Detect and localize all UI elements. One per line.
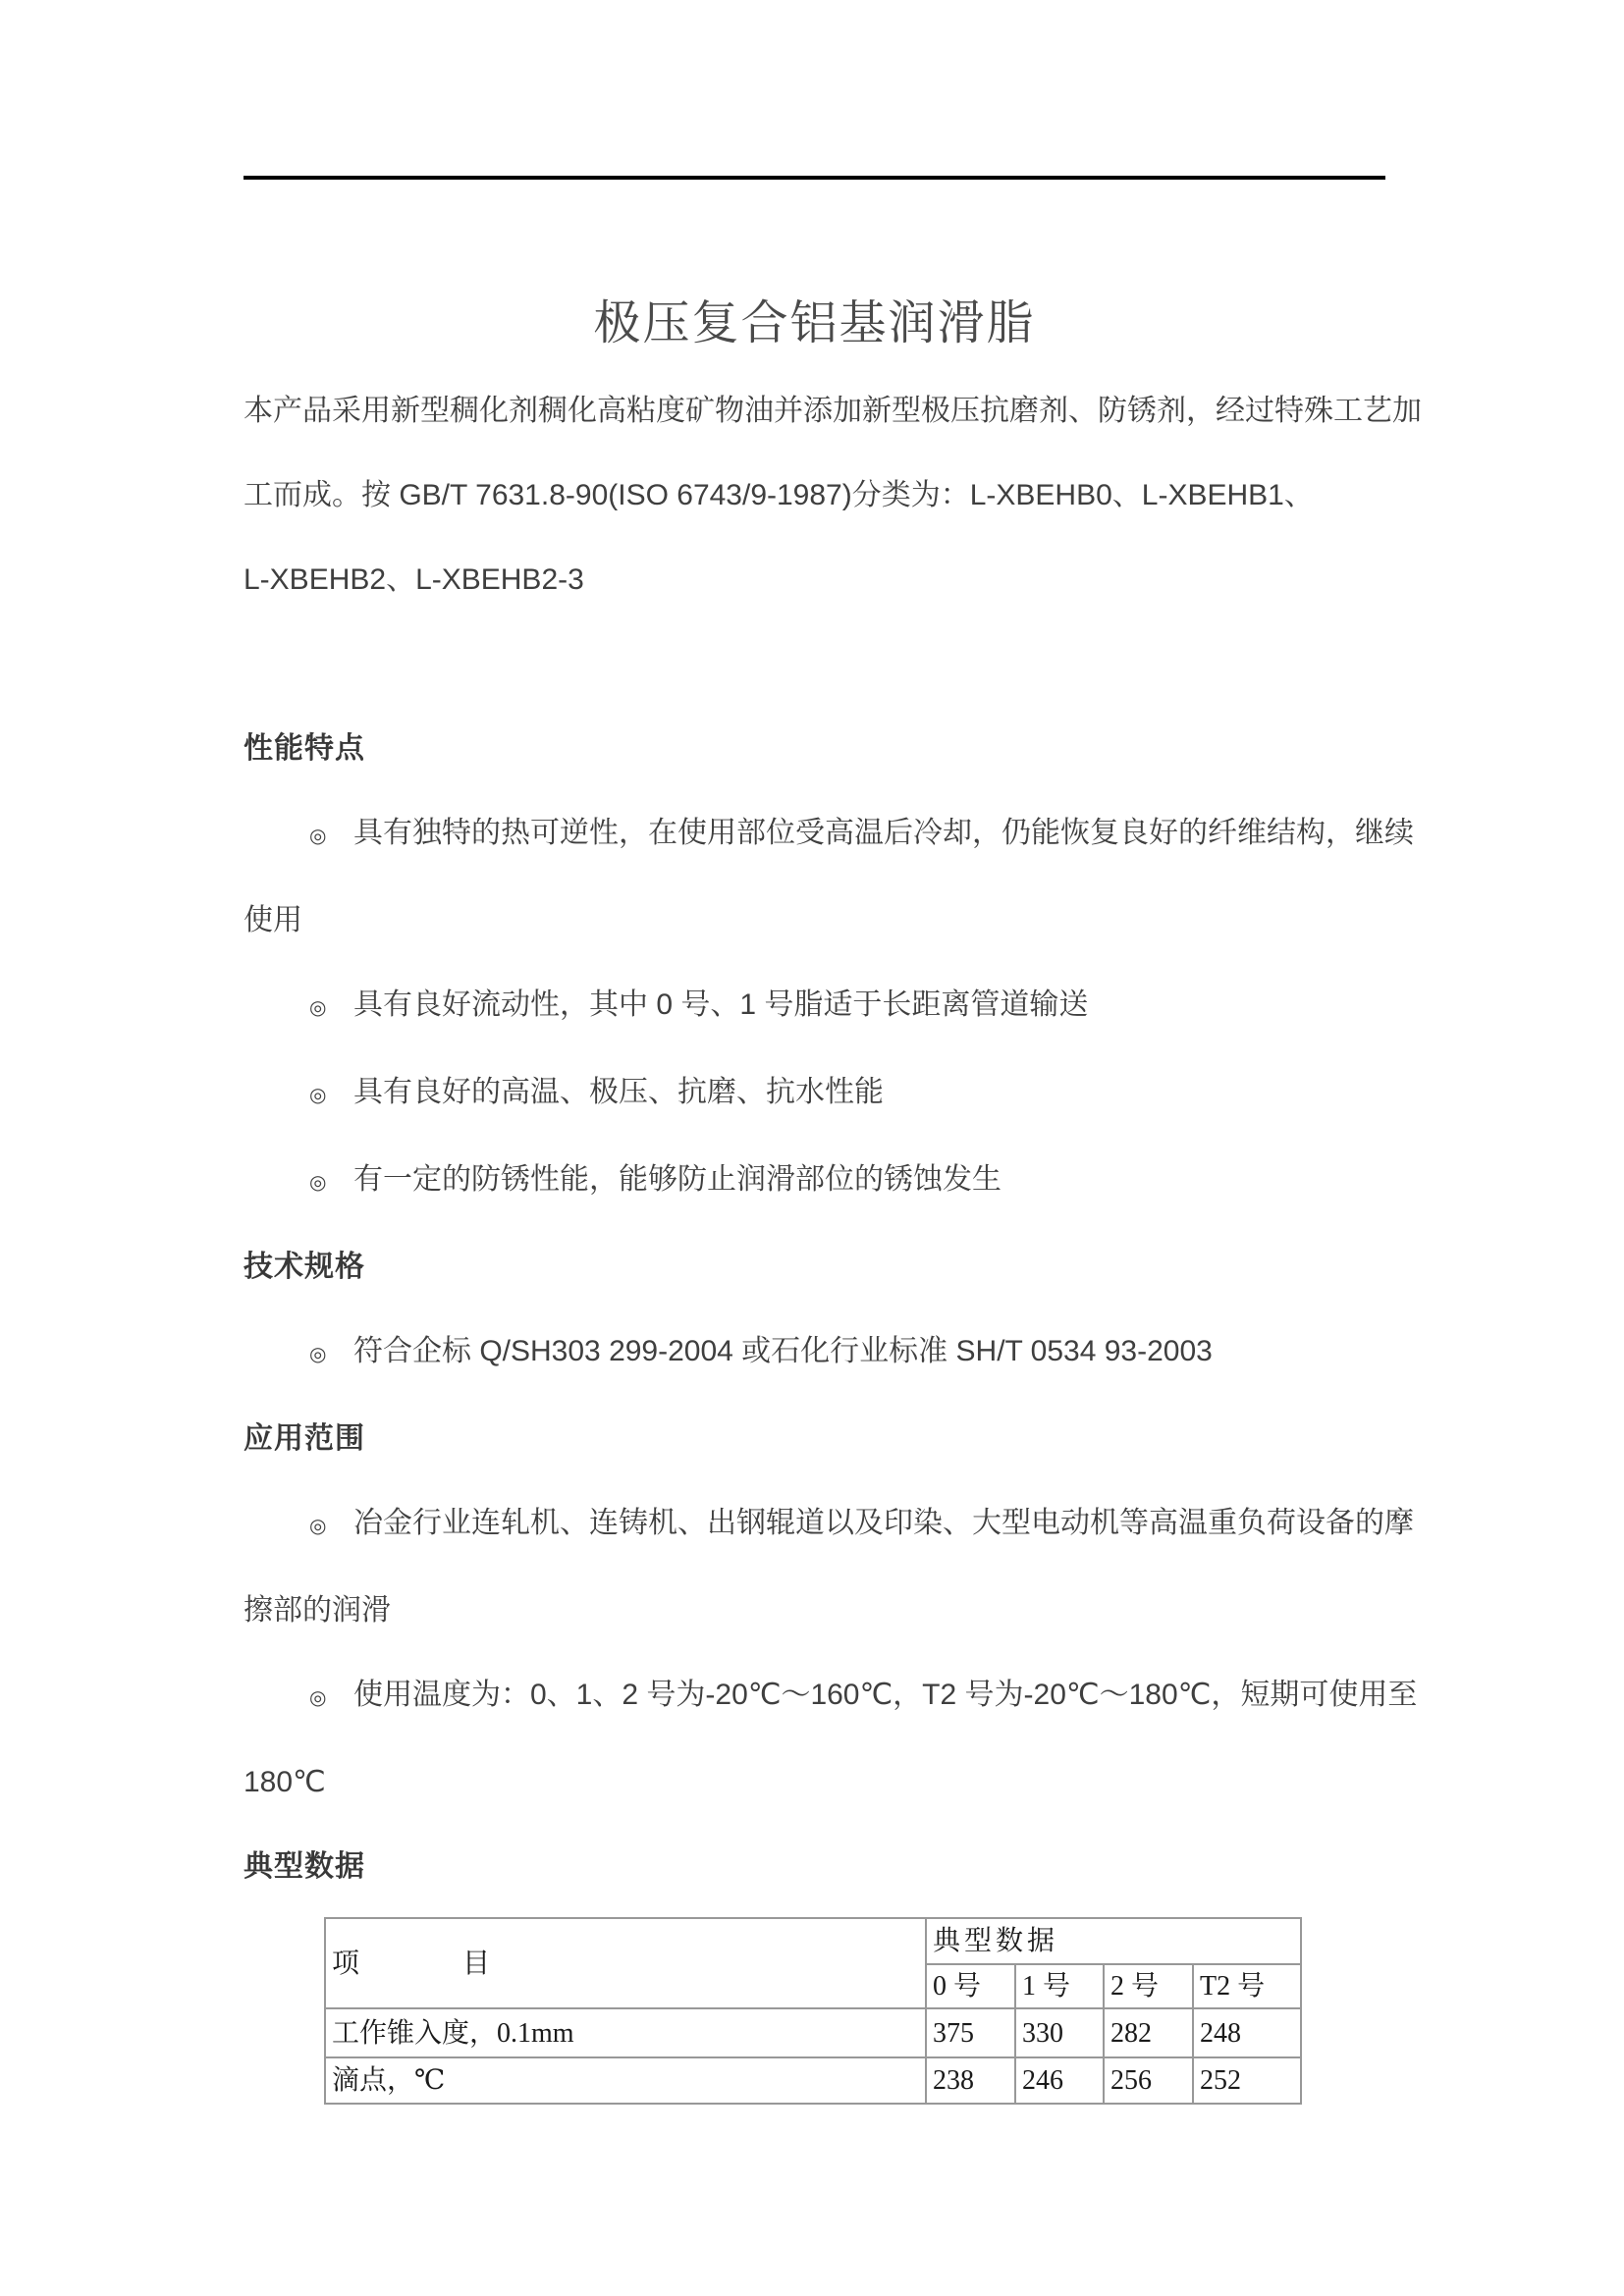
table-group-header-cell: 典型数据 (926, 1918, 1301, 1964)
bullet-icon: ◎ (309, 966, 353, 1050)
intro-line-3: L-XBEHB2、L-XBEHB2-3 (244, 538, 1385, 622)
document-page: 极压复合铝基润滑脂 本产品采用新型稠化剂稠化高粘度矿物油并添加新型极压抗磨剂、防… (0, 0, 1624, 2296)
bullet-icon: ◎ (309, 1656, 353, 1740)
document-body: 本产品采用新型稠化剂稠化高粘度矿物油并添加新型极压抗磨剂、防锈剂，经过特殊工艺加… (244, 369, 1385, 2105)
blank-line (244, 622, 1385, 707)
specs-bullet-1-text: 符合企标 Q/SH303 299-2004 或石化行业标准 SH/T 0534 … (353, 1335, 1213, 1367)
feature-bullet-4-text: 有一定的防锈性能，能够防止润滑部位的锈蚀发生 (353, 1163, 1001, 1196)
applications-bullet-1: ◎冶金行业连轧机、连铸机、出钢辊道以及印染、大型电动机等高温重负荷设备的摩 (244, 1481, 1385, 1569)
typical-data-table: 项 目 典型数据 0 号 1 号 2 号 T2 号 工作锥入度，0.1mm 37… (324, 1917, 1302, 2105)
table-header-row-group: 项 目 典型数据 (325, 1918, 1301, 1964)
document-title: 极压复合铝基润滑脂 (244, 298, 1385, 349)
section-heading-features: 性能特点 (244, 707, 1385, 791)
section-heading-applications: 应用范围 (244, 1397, 1385, 1481)
intro-line-1: 本产品采用新型稠化剂稠化高粘度矿物油并添加新型极压抗磨剂、防锈剂，经过特殊工艺加 (244, 369, 1385, 454)
header-rule (244, 176, 1385, 180)
table-grade-header-0: 0 号 (926, 1964, 1015, 2008)
table-cell: 246 (1015, 2057, 1104, 2104)
bullet-icon: ◎ (309, 1053, 353, 1138)
feature-bullet-1-text: 具有独特的热可逆性，在使用部位受高温后冷却，仍能恢复良好的纤维结构，继续 (353, 817, 1414, 849)
applications-bullet-1-continuation: 擦部的润滑 (244, 1569, 1385, 1653)
table-row-label: 工作锥入度，0.1mm (325, 2008, 926, 2057)
bullet-icon: ◎ (309, 1484, 353, 1569)
table-row: 滴点，℃ 238 246 256 252 (325, 2057, 1301, 2104)
feature-bullet-1: ◎具有独特的热可逆性，在使用部位受高温后冷却，仍能恢复良好的纤维结构，继续 (244, 791, 1385, 879)
applications-bullet-2-continuation: 180℃ (244, 1740, 1385, 1825)
feature-bullet-3-text: 具有良好的高温、极压、抗磨、抗水性能 (353, 1076, 884, 1108)
specs-bullet-1: ◎符合企标 Q/SH303 299-2004 或石化行业标准 SH/T 0534… (244, 1309, 1385, 1397)
applications-bullet-1-text: 冶金行业连轧机、连铸机、出钢辊道以及印染、大型电动机等高温重负荷设备的摩 (353, 1507, 1414, 1539)
table-grade-header-2: 2 号 (1104, 1964, 1193, 2008)
feature-bullet-4: ◎有一定的防锈性能，能够防止润滑部位的锈蚀发生 (244, 1138, 1385, 1225)
section-heading-typical-data: 典型数据 (244, 1825, 1385, 1909)
table-cell: 375 (926, 2008, 1015, 2057)
document-content: 极压复合铝基润滑脂 本产品采用新型稠化剂稠化高粘度矿物油并添加新型极压抗磨剂、防… (244, 176, 1385, 2105)
feature-bullet-2: ◎具有良好流动性，其中 0 号、1 号脂适于长距离管道输送 (244, 963, 1385, 1050)
table-grade-header-3: T2 号 (1193, 1964, 1301, 2008)
table-cell: 238 (926, 2057, 1015, 2104)
feature-bullet-3: ◎具有良好的高温、极压、抗磨、抗水性能 (244, 1050, 1385, 1138)
table-cell: 248 (1193, 2008, 1301, 2057)
feature-bullet-1-continuation: 使用 (244, 879, 1385, 963)
feature-bullet-2-text: 具有良好流动性，其中 0 号、1 号脂适于长距离管道输送 (353, 988, 1088, 1021)
table-cell: 252 (1193, 2057, 1301, 2104)
section-heading-specs: 技术规格 (244, 1225, 1385, 1309)
intro-line-2: 工而成。按 GB/T 7631.8-90(ISO 6743/9-1987)分类为… (244, 454, 1385, 538)
table-cell: 282 (1104, 2008, 1193, 2057)
bullet-icon: ◎ (309, 1141, 353, 1225)
table-grade-header-1: 1 号 (1015, 1964, 1104, 2008)
table-cell: 256 (1104, 2057, 1193, 2104)
table-cell: 330 (1015, 2008, 1104, 2057)
table-row-label: 滴点，℃ (325, 2057, 926, 2104)
bullet-icon: ◎ (309, 1312, 353, 1397)
table-row: 工作锥入度，0.1mm 375 330 282 248 (325, 2008, 1301, 2057)
applications-bullet-2-text: 使用温度为：0、1、2 号为-20℃～160℃，T2 号为-20℃～180℃，短… (353, 1679, 1417, 1711)
bullet-icon: ◎ (309, 794, 353, 879)
table-item-header-cell: 项 目 (325, 1918, 926, 2008)
applications-bullet-2: ◎使用温度为：0、1、2 号为-20℃～160℃，T2 号为-20℃～180℃，… (244, 1653, 1385, 1740)
